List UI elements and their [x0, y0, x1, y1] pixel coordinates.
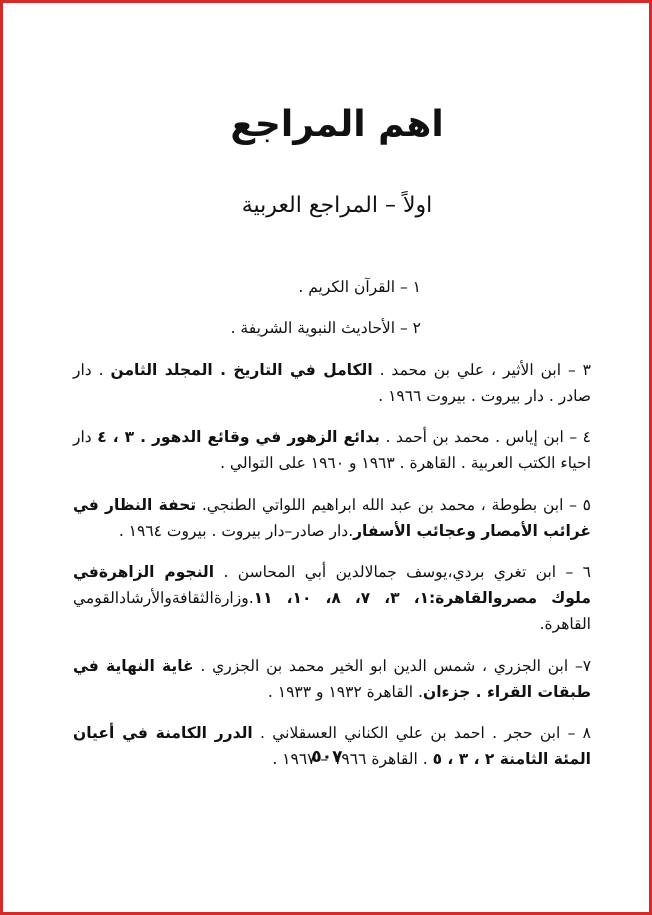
reference-author: ابن حجر . احمد بن علي الكناني العسقلاني … [253, 724, 568, 742]
document-page: اهم المراجع اولاً – المراجع العربية ١ – … [73, 3, 601, 912]
page-number: ٥٠٧ [73, 747, 581, 767]
reference-author: ابن بطوطة ، محمد بن عبد الله ابراهيم الل… [196, 496, 569, 514]
reference-publisher: .دار صادر–دار بيروت . بيروت ١٩٦٤ . [119, 522, 353, 540]
reference-author: ابن الأثير ، علي بن محمد . [373, 361, 568, 379]
reference-text: القرآن الكريم . [298, 278, 400, 296]
reference-number: ٧– [575, 657, 591, 675]
section-heading: اولاً – المراجع العربية [73, 191, 601, 221]
reference-author: ابن الجزري ، شمس الدين ابو الخير محمد بن… [194, 657, 575, 675]
reference-text: الأحاديث النبوية الشريفة . [231, 319, 400, 337]
reference-number: ٢ – [400, 319, 421, 337]
reference-author: ابن إياس . محمد بن أحمد . [380, 428, 569, 446]
reference-item-7: ٧– ابن الجزري ، شمس الدين ابو الخير محمد… [73, 653, 591, 705]
reference-number: ٥ – [569, 496, 591, 514]
reference-item-2: ٢ – الأحاديث النبوية الشريفة . [73, 315, 591, 341]
reference-number: ٨ – [568, 724, 591, 742]
reference-number: ١ – [400, 278, 421, 296]
reference-item-5: ٥ – ابن بطوطة ، محمد بن عبد الله ابراهيم… [73, 492, 591, 544]
reference-number: ٣ – [568, 361, 591, 379]
reference-title: الكامل في التاريخ . المجلد الثامن [111, 361, 373, 379]
reference-item-3: ٣ – ابن الأثير ، علي بن محمد . الكامل في… [73, 357, 591, 409]
page-frame: اهم المراجع اولاً – المراجع العربية ١ – … [0, 0, 652, 915]
reference-number: ٤ – [569, 428, 591, 446]
reference-author: ابن تغري بردي،يوسف جمالالدين أبي المحاسن… [214, 563, 565, 581]
reference-item-6: ٦ – ابن تغري بردي،يوسف جمالالدين أبي الم… [73, 559, 591, 637]
reference-item-1: ١ – القرآن الكريم . [73, 274, 591, 300]
reference-number: ٦ – [566, 563, 591, 581]
page-title: اهم المراجع [73, 103, 601, 147]
reference-item-4: ٤ – ابن إياس . محمد بن أحمد . بدائع الزه… [73, 424, 591, 476]
reference-list: ١ – القرآن الكريم . ٢ – الأحاديث النبوية… [73, 258, 591, 784]
reference-title: بدائع الزهور في وقائع الدهور . ٣ ، ٤ [97, 428, 380, 446]
reference-publisher: . القاهرة ١٩٣٢ و ١٩٣٣ . [268, 683, 423, 701]
